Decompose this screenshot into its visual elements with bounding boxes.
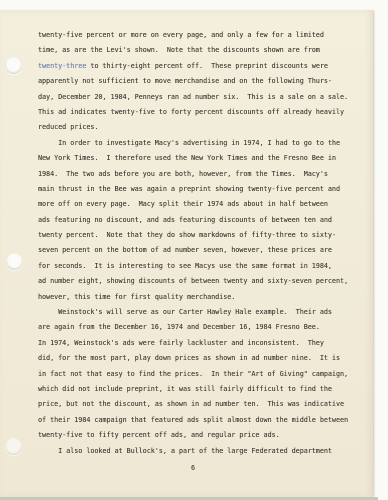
text-line: in fact not that easy to find the prices… bbox=[38, 367, 363, 382]
text-line: reduced prices. bbox=[38, 120, 363, 135]
punch-hole-bottom bbox=[5, 438, 22, 455]
text-line: twenty-five percent or more on every pag… bbox=[38, 28, 363, 43]
text-line: time, as are the Levi's shown. Note that… bbox=[38, 43, 363, 58]
correction-text: twenty-three bbox=[38, 62, 86, 70]
text-line: price, but not the discount, as shown in… bbox=[38, 397, 363, 412]
text-line: twenty-three to thirty-eight percent off… bbox=[38, 59, 363, 74]
text-line: main thrust in the Bee was again a prepr… bbox=[38, 182, 363, 197]
text-line: twenty-five to fifty percent off ads, an… bbox=[38, 428, 363, 443]
text-line: In 1974, Weinstock's ads were fairly lac… bbox=[38, 336, 363, 351]
scanned-document-page: twenty-five percent or more on every pag… bbox=[0, 0, 388, 500]
page-number: 6 bbox=[38, 461, 348, 476]
punch-hole-top bbox=[5, 57, 22, 74]
text-line: 1984. The two ads before you are both, h… bbox=[38, 167, 363, 182]
text-line: I also looked at Bullock's, a part of th… bbox=[38, 444, 363, 459]
text-line: seven percent on the bottom of ad number… bbox=[38, 243, 363, 258]
text-line: New York Times. I therefore used the New… bbox=[38, 151, 363, 166]
text-line: twenty percent. Note that they do show m… bbox=[38, 228, 363, 243]
text-line: Weinstock's will serve as our Carter Haw… bbox=[38, 305, 363, 320]
text-line: ad number eight, showing discounts of be… bbox=[38, 274, 363, 289]
text-line: apparently not sufficient to move mercha… bbox=[38, 74, 363, 89]
text-line: which did not include preprint, it was s… bbox=[38, 382, 363, 397]
text-line: for seconds. It is interesting to see Ma… bbox=[38, 259, 363, 274]
text-line: are again from the December 16, 1974 and… bbox=[38, 320, 363, 335]
text-line: of their 1984 campaign that featured ads… bbox=[38, 413, 363, 428]
text-line: ads featuring no discount, and ads featu… bbox=[38, 213, 363, 228]
text-line: In order to investigate Macy's advertisi… bbox=[38, 136, 363, 151]
typewritten-text-body: twenty-five percent or more on every pag… bbox=[38, 28, 363, 459]
paper-sheet: twenty-five percent or more on every pag… bbox=[0, 10, 374, 497]
text-line: did, for the most part, play down prices… bbox=[38, 351, 363, 366]
text-line: however, this time for first quality mer… bbox=[38, 290, 363, 305]
text-line: more off on every page. Macy split their… bbox=[38, 197, 363, 212]
text-line: This ad indicates twenty-five to forty p… bbox=[38, 105, 363, 120]
text-line: day, December 20, 1984, Penneys ran ad n… bbox=[38, 90, 363, 105]
punch-hole-middle bbox=[6, 253, 23, 270]
